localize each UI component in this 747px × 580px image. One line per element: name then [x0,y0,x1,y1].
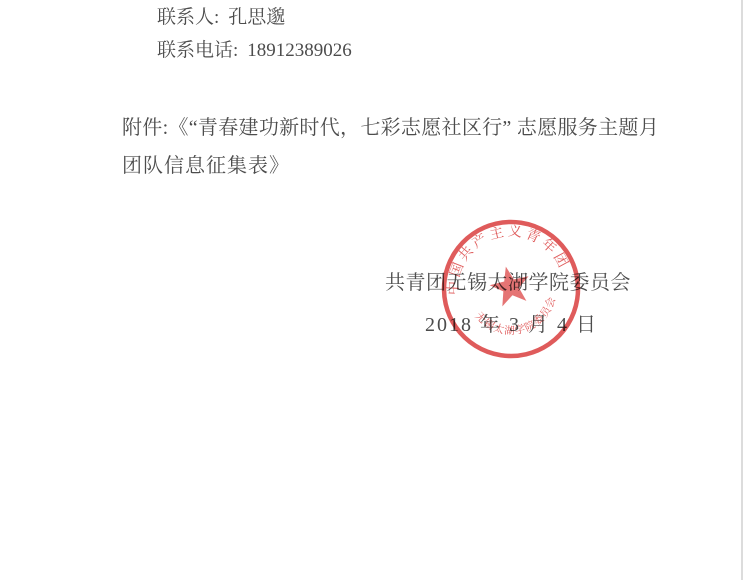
contact-person-line: 联系人:孔思邈 [157,8,285,27]
star-icon [486,262,533,308]
contact-phone-label: 联系电话: [157,40,238,61]
contact-person-value: 孔思邈 [228,7,285,28]
official-seal: 中国共产主义青年团 无锡太湖学院委员会 [436,214,586,364]
seal-inner-arc-text: 无锡太湖学院委员会 [471,292,565,346]
svg-text:无锡太湖学院委员会: 无锡太湖学院委员会 [471,292,565,346]
contact-phone-value: 18912389026 [247,40,352,61]
attachment-line-1: 附件:《“青春建功新时代，七彩志愿社区行” 志愿服务主题月 [122,118,659,138]
document-page: 联系人:孔思邈 联系电话:18912389026 附件:《“青春建功新时代，七彩… [0,0,747,580]
attachment-line-2: 团队信息征集表》 [122,156,290,176]
contact-person-label: 联系人: [157,7,219,28]
contact-phone-line: 联系电话:18912389026 [157,41,352,60]
page-edge-line [741,0,743,580]
